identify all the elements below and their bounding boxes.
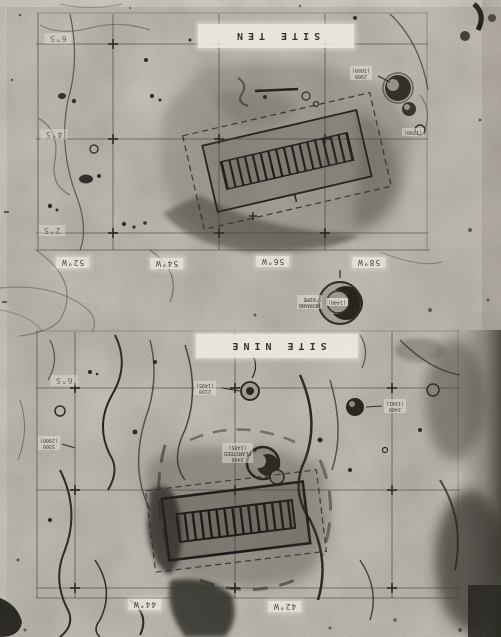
annotation: 2900 (1660)	[350, 66, 372, 80]
site-nine-title: SITE NINE	[196, 334, 358, 358]
latitude-label: 2°S	[38, 225, 65, 236]
annotation: 3400 (1941)	[384, 399, 406, 413]
longitude-label: 58°W	[352, 257, 385, 268]
longitude-label: 44°W	[128, 599, 161, 610]
annotation: 2100 (1495)	[194, 381, 216, 395]
annotation: 3300 (2900)	[38, 436, 60, 450]
scanned-photo: SITE TEN 6°S 4°S 2°S 52°W 54°W 56°W 58°W…	[0, 0, 501, 637]
longitude-label: 52°W	[56, 257, 89, 268]
latitude-label: 6°S	[50, 375, 77, 386]
flamsteed-annotation: 2400 FLAMSTEED (1485)	[222, 443, 253, 463]
site-ten-title: SITE TEN	[198, 24, 354, 48]
latitude-label: 6°S	[44, 33, 71, 44]
hermann-value-label: (1440)	[326, 298, 348, 306]
latitude-label: 4°S	[40, 129, 67, 140]
longitude-label: 42°W	[268, 601, 301, 612]
map-artwork	[0, 0, 501, 637]
hermann-name-label: HERMANN DOME	[297, 295, 322, 309]
longitude-label: 56°W	[256, 256, 289, 267]
longitude-label: 54°W	[150, 258, 183, 269]
grain-overlay	[0, 0, 501, 637]
annotation: (1700)	[402, 128, 424, 136]
